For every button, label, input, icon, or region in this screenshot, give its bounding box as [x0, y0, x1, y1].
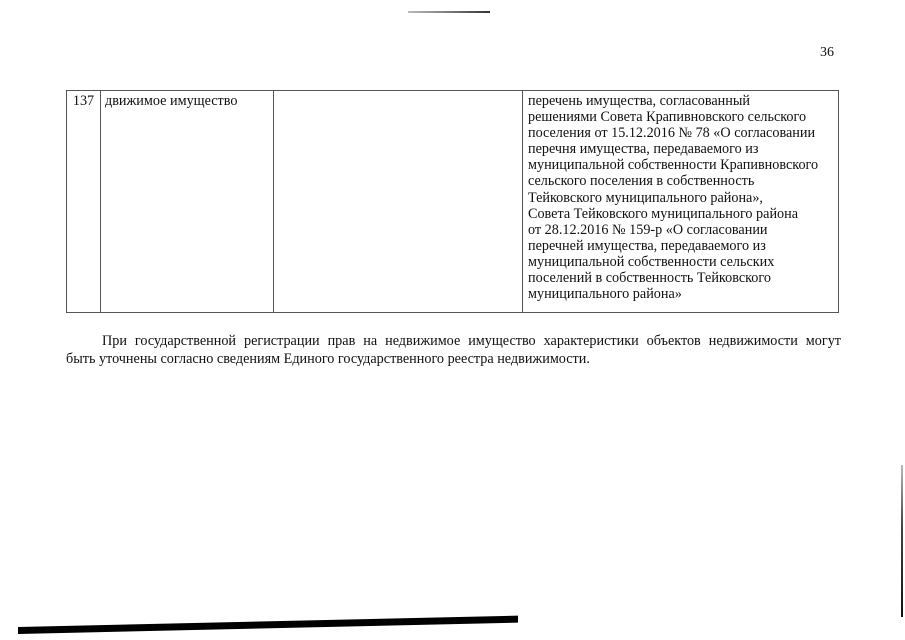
basis-line: поселений в собственность Тейковского — [528, 270, 834, 286]
note-line: быть уточнены согласно сведениям Единого… — [66, 350, 841, 368]
basis-line: перечней имущества, передаваемого из — [528, 238, 834, 254]
scan-artifact-top — [408, 11, 490, 13]
basis-line: муниципальной собственности Крапивновско… — [528, 157, 834, 173]
scan-artifact-bottom — [18, 616, 518, 634]
page-number: 36 — [820, 45, 834, 61]
basis-line: Тейковского муниципального района», — [528, 190, 834, 206]
basis-line: Совета Тейковского муниципального района — [528, 206, 834, 222]
basis-line: перечень имущества, согласованный — [528, 93, 834, 109]
note-line: При государственной регистрации прав на … — [66, 332, 841, 350]
scan-artifact-right — [901, 465, 903, 617]
basis-line: решениями Совета Крапивновского сельског… — [528, 109, 834, 125]
property-characteristics-cell — [274, 91, 523, 313]
basis-line: муниципальной собственности сельских — [528, 254, 834, 270]
row-index-cell: 137 — [67, 91, 101, 313]
property-name-cell: движимое имущество — [101, 91, 274, 313]
basis-line: поселения от 15.12.2016 № 78 «О согласов… — [528, 125, 834, 141]
basis-line: перечня имущества, передаваемого из — [528, 141, 834, 157]
basis-line: муниципального района» — [528, 286, 834, 302]
ownership-basis-cell: перечень имущества, согласованный решени… — [523, 91, 839, 313]
registration-note: При государственной регистрации прав на … — [66, 332, 841, 368]
property-table: 137 движимое имущество перечень имуществ… — [66, 90, 839, 313]
basis-line: сельского поселения в собственность — [528, 173, 834, 189]
basis-line: от 28.12.2016 № 159-р «О согласовании — [528, 222, 834, 238]
table-row: 137 движимое имущество перечень имуществ… — [67, 91, 839, 313]
